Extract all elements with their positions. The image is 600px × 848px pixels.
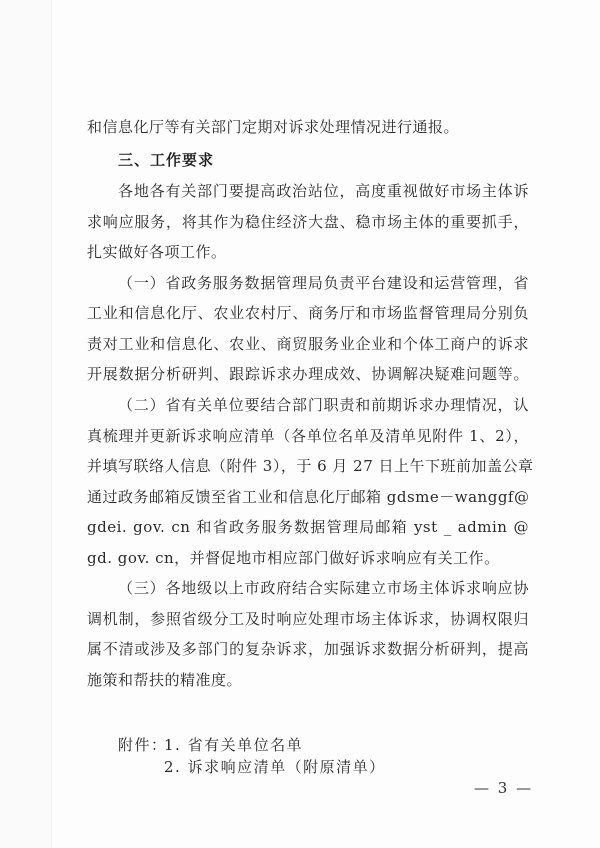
continuation-line: 和信息化厅等有关部门定期对诉求处理情况进行通报。 xyxy=(87,117,529,137)
page-left-margin xyxy=(0,0,51,848)
attachment-item: 1. 省有关单位名单 xyxy=(164,735,303,755)
item-1-line: 工业和信息化厅、农业农村厅、商务厅和市场监督管理局分别负 xyxy=(87,303,529,323)
item-1-line: 责对工业和信息化、农业、商贸服务业企业和个体工商户的诉求 xyxy=(87,334,529,354)
item-2-email-line: gdei. gov. cn 和省政务服务数据管理局邮箱 yst _ admin … xyxy=(87,517,529,537)
section-heading: 三、工作要求 xyxy=(118,150,214,170)
attachments-label: 附件： xyxy=(118,735,168,755)
item-3-line: 调机制，参照省级分工及时响应处理市场主体诉求，协调权限归 xyxy=(87,609,529,629)
paragraph-line: 求响应服务，将其作为稳住经济大盘、稳市场主体的重要抓手， xyxy=(87,212,529,232)
attachment-item: 2. 诉求响应清单（附原清单） xyxy=(164,757,386,777)
item-1-line: 开展数据分析研判、跟踪诉求办理成效、协调解决疑难问题等。 xyxy=(87,364,529,384)
item-1-line: （一）省政务服务数据管理局负责平台建设和运营管理，省 xyxy=(118,273,529,293)
item-3-line: （三）各地级以上市政府结合实际建立市场主体诉求响应协 xyxy=(118,578,529,598)
item-3-line: 属不清或涉及多部门的复杂诉求，加强诉求数据分析研判，提高 xyxy=(87,639,529,659)
item-2-line: 真梳理并更新诉求响应清单（各单位名单及清单见附件 1、2）， xyxy=(87,426,529,446)
paragraph-line: 各地各有关部门要提高政治站位，高度重视做好市场主体诉 xyxy=(118,181,529,201)
document-page: 和信息化厅等有关部门定期对诉求处理情况进行通报。 三、工作要求 各地各有关部门要… xyxy=(0,0,600,848)
item-2-line: 并填写联络人信息（附件 3），于 6 月 27 日上午下班前加盖公章 xyxy=(87,456,529,476)
item-2-line: （二）省有关单位要结合部门职责和前期诉求办理情况，认 xyxy=(118,395,529,415)
page-number: — 3 — xyxy=(474,778,533,798)
item-2-line: gd. gov. cn，并督促地市相应部门做好诉求响应有关工作。 xyxy=(87,548,529,568)
page-edge-divider xyxy=(51,0,52,848)
item-3-line: 施策和帮扶的精准度。 xyxy=(87,670,529,690)
item-2-email-line: 通过政务邮箱反馈至省工业和信息化厅邮箱 gdsme－wanggf@ xyxy=(87,487,529,507)
paragraph-line: 扎实做好各项工作。 xyxy=(87,242,529,262)
